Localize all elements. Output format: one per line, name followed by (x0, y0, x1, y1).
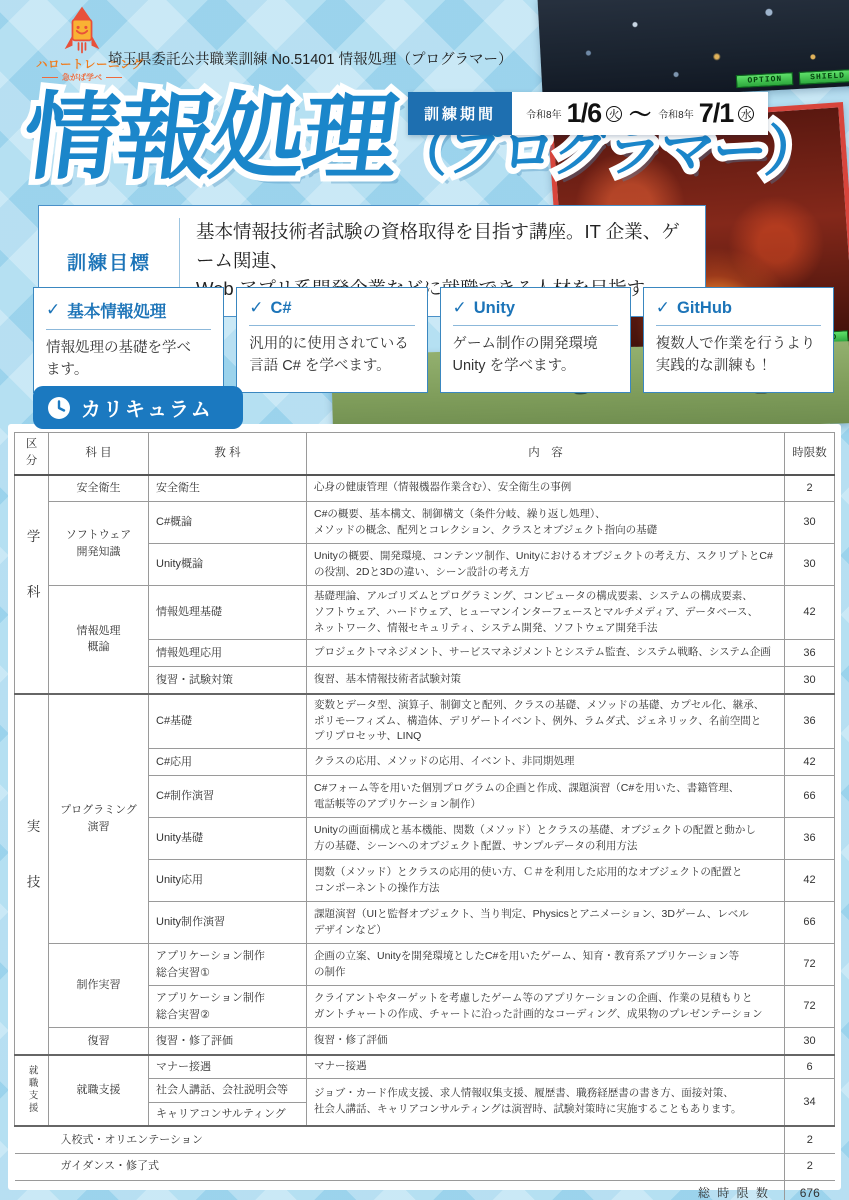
table-row: 学科 安全衛生 安全衛生 心身の健康管理（情報機器作業含む）、安全衛生の事例 2 (15, 475, 835, 502)
subject-shushoku: 就職支援 (49, 1055, 149, 1127)
col-kyoka: 教 科 (149, 433, 307, 475)
table-row: 情報処理 概論 情報処理基礎 基礎理論、アルゴリズムとプログラミング、コンピュー… (15, 586, 835, 640)
start-day-of-week: 火 (606, 106, 622, 122)
table-row: 実技 プログラミング 演習 C#基礎 変数とデータ型、演算子、制御文と配列、クラ… (15, 694, 835, 749)
total-spacer (15, 1180, 307, 1200)
feature-boxes: ✓基本情報処理 情報処理の基礎を学べ ます。 ✓C# 汎用的に使用されている 言… (33, 287, 834, 393)
training-period-dates: 令和8年 1/6 火 ～ 令和8年 7/1 水 (512, 92, 768, 135)
naiyo-cell: C#の概要、基本構文、制御構文（条件分岐、繰り返し処理）、 メソッドの概念、配列… (307, 502, 785, 544)
hours-cell: 30 (785, 544, 835, 586)
feature-unity: ✓Unity ゲーム制作の開発環境 Unity を学べます。 (440, 287, 631, 393)
feature-csharp: ✓C# 汎用的に使用されている 言語 C# を学べます。 (236, 287, 427, 393)
kyoka-cell: C#応用 (149, 749, 307, 776)
hours-cell: 72 (785, 944, 835, 986)
kyoka-cell: アプリケーション制作 総合実習② (149, 986, 307, 1028)
naiyo-cell: ジョブ・カード作成支援、求人情報収集支援、履歴書、職務経歴書の書き方、面接対策、… (307, 1079, 785, 1127)
page-title-fill: 情報処理（プログラマー） (20, 157, 818, 174)
feature-title: ✓Unity (453, 298, 618, 326)
naiyo-cell: クラスの応用、メソッドの応用、イベント、非同期処理 (307, 749, 785, 776)
subject-programming: プログラミング 演習 (49, 694, 149, 944)
kyoka-cell: C#概論 (149, 502, 307, 544)
hours-cell: 30 (785, 667, 835, 694)
hours-cell: 66 (785, 902, 835, 944)
col-naiyo: 内 容 (307, 433, 785, 475)
hours-cell: 30 (785, 502, 835, 544)
kyoka-cell: Unity概論 (149, 544, 307, 586)
tilde: ～ (629, 98, 651, 129)
hours-cell: 36 (785, 694, 835, 749)
hours-cell: 42 (785, 586, 835, 640)
logo-tagline: 急がば学べ (36, 72, 128, 83)
col-kamoku: 科 目 (49, 433, 149, 475)
table-row: ガイダンス・修了式 2 (15, 1153, 835, 1180)
hours-cell: 36 (785, 818, 835, 860)
naiyo-cell: クライアントやターゲットを考慮したゲーム等のアプリケーションの企画、作業の見積も… (307, 986, 785, 1028)
hours-cell: 30 (785, 1028, 835, 1055)
subject-fukushu: 復習 (49, 1028, 149, 1055)
curriculum-heading: カリキュラム (33, 386, 243, 429)
rocket-icon (56, 4, 108, 56)
start-date: 1/6 (567, 98, 602, 129)
hud-shield-label: SHIELD (799, 69, 849, 85)
hours-cell: 36 (785, 640, 835, 667)
feature-desc: ゲーム制作の開発環境 Unity を学べます。 (453, 333, 618, 378)
total-row: 総 時 限 数 676 (15, 1180, 835, 1200)
hours-cell: 2 (785, 1126, 835, 1153)
category-shushoku: 就職支援 (15, 1055, 49, 1127)
naiyo-cell: 企画の立案、Unityを開発環境としたC#を用いたゲーム、知育・教育系アプリケー… (307, 944, 785, 986)
naiyo-cell: プロジェクトマネジメント、サービスマネジメントとシステム監査、システム戦略、シス… (307, 640, 785, 667)
subject-seisaku: 制作実習 (49, 944, 149, 1028)
naiyo-cell: 課題演習（UIと監督オブジェクト、当り判定、Physicsとアニメーション、3D… (307, 902, 785, 944)
feature-title: ✓基本情報処理 (46, 298, 211, 330)
flyer-page: OPTION SHIELD SHIELD ハロートレーニング 急がば学べ 埼玉県… (0, 0, 849, 1200)
kyoka-cell: Unity基礎 (149, 818, 307, 860)
feature-title: ✓C# (249, 298, 414, 326)
naiyo-cell: Unityの画面構成と基本機能、関数（メソッド）とクラスの基礎、オブジェクトの配… (307, 818, 785, 860)
kyoka-cell: 復習・修了評価 (149, 1028, 307, 1055)
guidance-ceremony-row: ガイダンス・修了式 (15, 1153, 785, 1180)
kyoka-cell: 情報処理応用 (149, 640, 307, 667)
check-icon: ✓ (249, 298, 263, 318)
hours-cell: 42 (785, 860, 835, 902)
kyoka-cell: アプリケーション制作 総合実習① (149, 944, 307, 986)
category-jitsugi: 実技 (15, 694, 49, 1055)
kyoka-cell: Unity応用 (149, 860, 307, 902)
col-kubun: 区分 (15, 433, 49, 475)
subject-johoshori: 情報処理 概論 (49, 586, 149, 694)
hello-training-logo: ハロートレーニング 急がば学べ (36, 4, 128, 83)
kyoka-cell: 安全衛生 (149, 475, 307, 502)
check-icon: ✓ (656, 298, 670, 318)
kyoka-cell: C#制作演習 (149, 776, 307, 818)
naiyo-cell: C#フォーム等を用いた個別プログラムの企画と作成、課題演習（C#を用いた、書籍管… (307, 776, 785, 818)
hours-cell: 2 (785, 1153, 835, 1180)
table-header-row: 区分 科 目 教 科 内 容 時限数 (15, 433, 835, 475)
hours-cell: 72 (785, 986, 835, 1028)
table-row: 就職支援 就職支援 マナー接遇 マナー接遇 6 (15, 1055, 835, 1079)
kyoka-cell: Unity制作演習 (149, 902, 307, 944)
naiyo-cell: Unityの概要、開発環境、コンテンツ制作、Unityにおけるオブジェクトの考え… (307, 544, 785, 586)
hours-cell: 6 (785, 1055, 835, 1079)
kyoka-cell: マナー接遇 (149, 1055, 307, 1079)
curriculum-table: 区分 科 目 教 科 内 容 時限数 学科 安全衛生 安全衛生 心身の健康管理（… (14, 432, 835, 1200)
naiyo-cell: 復習、基本情報技術者試験対策 (307, 667, 785, 694)
feature-desc: 情報処理の基礎を学べ ます。 (46, 337, 211, 382)
total-hours-value: 676 (785, 1180, 835, 1200)
kyoka-cell: キャリアコンサルティング (149, 1102, 307, 1126)
clock-icon (47, 396, 71, 420)
naiyo-cell: 心身の健康管理（情報機器作業含む）、安全衛生の事例 (307, 475, 785, 502)
feature-desc: 複数人で作業を行うより 実践的な訓練も！ (656, 333, 821, 378)
check-icon: ✓ (46, 300, 60, 320)
subject-anzen: 安全衛生 (49, 475, 149, 502)
hours-cell: 34 (785, 1079, 835, 1127)
naiyo-cell: 関数（メソッド）とクラスの応用的使い方、Ｃ＃を利用した応用的なオブジェクトの配置… (307, 860, 785, 902)
table-row: 入校式・オリエンテーション 2 (15, 1126, 835, 1153)
col-jigen: 時限数 (785, 433, 835, 475)
hours-cell: 42 (785, 749, 835, 776)
feature-title: ✓GitHub (656, 298, 821, 326)
end-day-of-week: 水 (738, 106, 754, 122)
table-row: ソフトウェア 開発知識 C#概論 C#の概要、基本構文、制御構文（条件分岐、繰り… (15, 502, 835, 544)
naiyo-cell: マナー接遇 (307, 1055, 785, 1079)
feature-desc: 汎用的に使用されている 言語 C# を学べます。 (249, 333, 414, 378)
table-row: 制作実習 アプリケーション制作 総合実習① 企画の立案、Unityを開発環境とし… (15, 944, 835, 986)
course-subtitle: 埼玉県委託公共職業訓練 No.51401 情報処理（プログラマー） (108, 48, 512, 69)
kyoka-cell: C#基礎 (149, 694, 307, 749)
kyoka-cell: 情報処理基礎 (149, 586, 307, 640)
era-end: 令和8年 (658, 106, 694, 121)
category-gakka: 学科 (15, 475, 49, 694)
naiyo-cell: 基礎理論、アルゴリズムとプログラミング、コンピュータの構成要素、システムの構成要… (307, 586, 785, 640)
total-hours-label: 総 時 限 数 (307, 1180, 785, 1200)
subject-software: ソフトウェア 開発知識 (49, 502, 149, 586)
curriculum-heading-text: カリキュラム (81, 393, 213, 422)
training-period-label: 訓練期間 (408, 92, 512, 135)
feature-basic-it: ✓基本情報処理 情報処理の基礎を学べ ます。 (33, 287, 224, 393)
era-start: 令和8年 (526, 106, 562, 121)
naiyo-cell: 復習・修了評価 (307, 1028, 785, 1055)
kyoka-cell: 復習・試験対策 (149, 667, 307, 694)
table-row: 復習 復習・修了評価 復習・修了評価 30 (15, 1028, 835, 1055)
naiyo-cell: 変数とデータ型、演算子、制御文と配列、クラスの基礎、メソッドの基礎、カプセル化、… (307, 694, 785, 749)
kyoka-cell: 社会人講話、会社説明会等 (149, 1079, 307, 1103)
hours-cell: 66 (785, 776, 835, 818)
check-icon: ✓ (453, 298, 467, 318)
training-period-badge: 訓練期間 令和8年 1/6 火 ～ 令和8年 7/1 水 (408, 92, 768, 135)
entrance-ceremony-row: 入校式・オリエンテーション (15, 1126, 785, 1153)
hours-cell: 2 (785, 475, 835, 502)
feature-github: ✓GitHub 複数人で作業を行うより 実践的な訓練も！ (643, 287, 834, 393)
end-date: 7/1 (699, 98, 734, 129)
curriculum-panel: 区分 科 目 教 科 内 容 時限数 学科 安全衛生 安全衛生 心身の健康管理（… (8, 424, 841, 1190)
